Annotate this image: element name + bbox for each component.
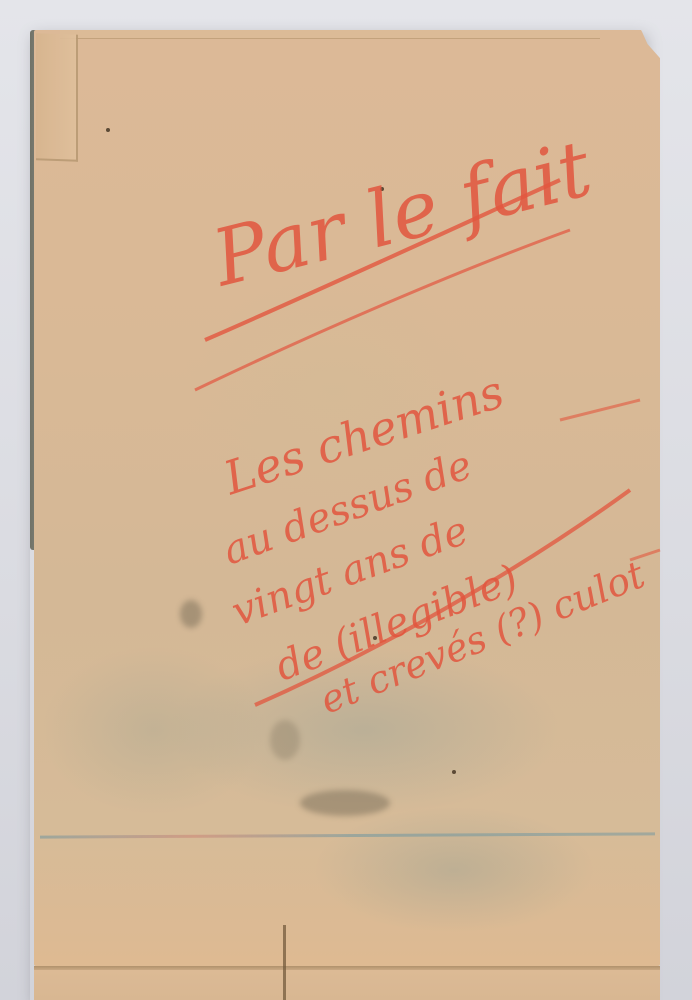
handwritten-title: Par le fait: [203, 124, 601, 305]
crayon-stroke: [560, 400, 640, 420]
handwriting-layer: Par le fait Les chemins au dessus de vin…: [0, 0, 692, 1000]
